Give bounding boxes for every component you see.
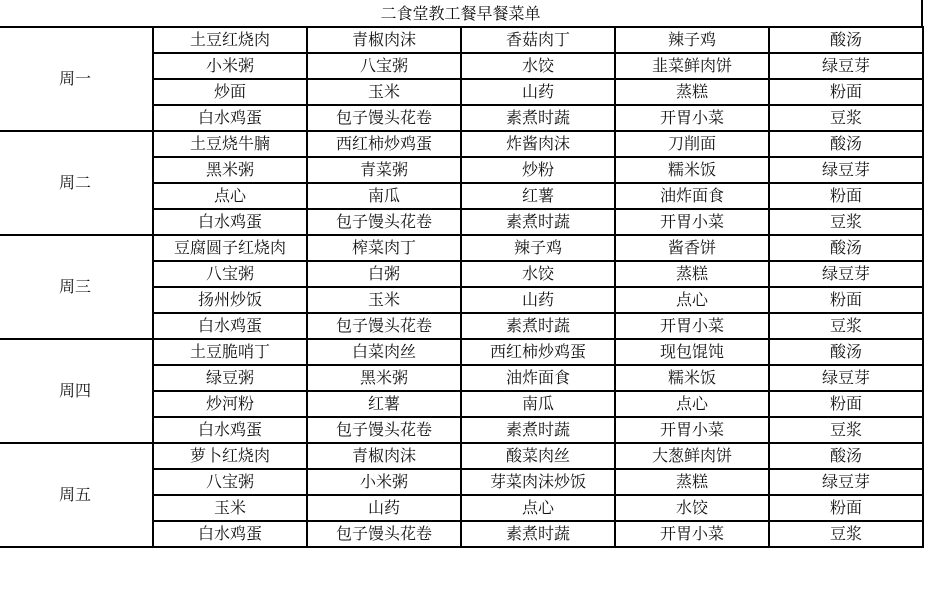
menu-cell: 青菜粥 <box>307 157 461 183</box>
menu-cell: 榨菜肉丁 <box>307 235 461 261</box>
menu-sheet: 二食堂教工餐早餐菜单 周一 土豆红烧肉 青椒肉沫 香菇肉丁 辣子鸡 酸汤 小米粥… <box>0 0 926 591</box>
breakfast-menu-table: 周一 土豆红烧肉 青椒肉沫 香菇肉丁 辣子鸡 酸汤 小米粥 八宝粥 水饺 韭菜鲜… <box>0 26 924 548</box>
menu-cell: 点心 <box>461 495 615 521</box>
table-row: 周五 萝卜红烧肉 青椒肉沫 酸菜肉丝 大葱鲜肉饼 酸汤 <box>0 443 923 469</box>
menu-cell: 玉米 <box>307 79 461 105</box>
menu-cell: 粉面 <box>769 287 923 313</box>
table-row: 周四 土豆脆哨丁 白菜肉丝 西红柿炒鸡蛋 现包馄饨 酸汤 <box>0 339 923 365</box>
menu-cell: 豆浆 <box>769 209 923 235</box>
menu-cell: 南瓜 <box>307 183 461 209</box>
menu-cell: 山药 <box>307 495 461 521</box>
menu-cell: 酱香饼 <box>615 235 769 261</box>
menu-cell: 油炸面食 <box>461 365 615 391</box>
menu-cell: 山药 <box>461 287 615 313</box>
menu-cell: 白粥 <box>307 261 461 287</box>
menu-cell: 炸酱肉沫 <box>461 131 615 157</box>
menu-cell: 开胃小菜 <box>615 105 769 131</box>
menu-cell: 豆浆 <box>769 417 923 443</box>
menu-cell: 水饺 <box>461 53 615 79</box>
menu-cell: 开胃小菜 <box>615 209 769 235</box>
menu-cell: 炒河粉 <box>153 391 307 417</box>
menu-cell: 粉面 <box>769 495 923 521</box>
menu-cell: 玉米 <box>307 287 461 313</box>
menu-cell: 八宝粥 <box>153 469 307 495</box>
menu-cell: 白水鸡蛋 <box>153 417 307 443</box>
menu-cell: 包子馒头花卷 <box>307 521 461 547</box>
menu-cell: 水饺 <box>615 495 769 521</box>
menu-cell: 山药 <box>461 79 615 105</box>
menu-cell: 香菇肉丁 <box>461 27 615 53</box>
menu-cell: 大葱鲜肉饼 <box>615 443 769 469</box>
menu-cell: 土豆脆哨丁 <box>153 339 307 365</box>
menu-cell: 开胃小菜 <box>615 417 769 443</box>
menu-cell: 白菜肉丝 <box>307 339 461 365</box>
menu-cell: 绿豆芽 <box>769 53 923 79</box>
menu-cell: 包子馒头花卷 <box>307 417 461 443</box>
menu-cell: 炒粉 <box>461 157 615 183</box>
menu-cell: 蒸糕 <box>615 469 769 495</box>
menu-cell: 素煮时蔬 <box>461 209 615 235</box>
menu-cell: 素煮时蔬 <box>461 313 615 339</box>
menu-cell: 素煮时蔬 <box>461 105 615 131</box>
menu-cell: 刀削面 <box>615 131 769 157</box>
menu-cell: 萝卜红烧肉 <box>153 443 307 469</box>
menu-cell: 绿豆粥 <box>153 365 307 391</box>
day-label-fri: 周五 <box>0 443 153 547</box>
menu-cell: 现包馄饨 <box>615 339 769 365</box>
menu-cell: 西红柿炒鸡蛋 <box>461 339 615 365</box>
menu-cell: 玉米 <box>153 495 307 521</box>
menu-cell: 酸菜肉丝 <box>461 443 615 469</box>
table-row: 周一 土豆红烧肉 青椒肉沫 香菇肉丁 辣子鸡 酸汤 <box>0 27 923 53</box>
menu-cell: 小米粥 <box>307 469 461 495</box>
menu-cell: 点心 <box>615 287 769 313</box>
menu-title: 二食堂教工餐早餐菜单 <box>0 0 923 26</box>
menu-cell: 扬州炒饭 <box>153 287 307 313</box>
menu-cell: 绿豆芽 <box>769 365 923 391</box>
menu-cell: 蒸糕 <box>615 261 769 287</box>
menu-cell: 豆浆 <box>769 313 923 339</box>
menu-cell: 粉面 <box>769 391 923 417</box>
day-label-wed: 周三 <box>0 235 153 339</box>
menu-cell: 白水鸡蛋 <box>153 209 307 235</box>
menu-cell: 油炸面食 <box>615 183 769 209</box>
menu-cell: 素煮时蔬 <box>461 521 615 547</box>
menu-cell: 糯米饭 <box>615 365 769 391</box>
menu-cell: 辣子鸡 <box>615 27 769 53</box>
menu-cell: 青椒肉沫 <box>307 443 461 469</box>
menu-cell: 包子馒头花卷 <box>307 209 461 235</box>
menu-cell: 酸汤 <box>769 443 923 469</box>
menu-cell: 绿豆芽 <box>769 469 923 495</box>
menu-cell: 土豆烧牛腩 <box>153 131 307 157</box>
menu-cell: 青椒肉沫 <box>307 27 461 53</box>
menu-cell: 酸汤 <box>769 27 923 53</box>
menu-cell: 八宝粥 <box>307 53 461 79</box>
menu-cell: 绿豆芽 <box>769 157 923 183</box>
table-row: 周三 豆腐圆子红烧肉 榨菜肉丁 辣子鸡 酱香饼 酸汤 <box>0 235 923 261</box>
menu-cell: 粉面 <box>769 183 923 209</box>
menu-cell: 西红柿炒鸡蛋 <box>307 131 461 157</box>
menu-cell: 韭菜鲜肉饼 <box>615 53 769 79</box>
menu-cell: 豆腐圆子红烧肉 <box>153 235 307 261</box>
day-label-thu: 周四 <box>0 339 153 443</box>
menu-cell: 炒面 <box>153 79 307 105</box>
menu-cell: 点心 <box>615 391 769 417</box>
menu-cell: 红薯 <box>307 391 461 417</box>
menu-cell: 包子馒头花卷 <box>307 313 461 339</box>
menu-cell: 蒸糕 <box>615 79 769 105</box>
menu-cell: 红薯 <box>461 183 615 209</box>
menu-cell: 开胃小菜 <box>615 521 769 547</box>
menu-cell: 豆浆 <box>769 105 923 131</box>
menu-cell: 酸汤 <box>769 235 923 261</box>
menu-cell: 水饺 <box>461 261 615 287</box>
menu-cell: 白水鸡蛋 <box>153 521 307 547</box>
day-label-tue: 周二 <box>0 131 153 235</box>
menu-cell: 白水鸡蛋 <box>153 105 307 131</box>
menu-cell: 土豆红烧肉 <box>153 27 307 53</box>
menu-cell: 点心 <box>153 183 307 209</box>
menu-cell: 小米粥 <box>153 53 307 79</box>
menu-cell: 粉面 <box>769 79 923 105</box>
menu-cell: 酸汤 <box>769 131 923 157</box>
menu-cell: 素煮时蔬 <box>461 417 615 443</box>
menu-cell: 糯米饭 <box>615 157 769 183</box>
menu-cell: 包子馒头花卷 <box>307 105 461 131</box>
menu-cell: 白水鸡蛋 <box>153 313 307 339</box>
menu-cell: 芽菜肉沫炒饭 <box>461 469 615 495</box>
menu-cell: 黑米粥 <box>307 365 461 391</box>
menu-cell: 八宝粥 <box>153 261 307 287</box>
menu-cell: 绿豆芽 <box>769 261 923 287</box>
menu-cell: 南瓜 <box>461 391 615 417</box>
menu-cell: 辣子鸡 <box>461 235 615 261</box>
menu-cell: 豆浆 <box>769 521 923 547</box>
menu-cell: 开胃小菜 <box>615 313 769 339</box>
table-row: 周二 土豆烧牛腩 西红柿炒鸡蛋 炸酱肉沫 刀削面 酸汤 <box>0 131 923 157</box>
day-label-mon: 周一 <box>0 27 153 131</box>
menu-cell: 酸汤 <box>769 339 923 365</box>
menu-cell: 黑米粥 <box>153 157 307 183</box>
